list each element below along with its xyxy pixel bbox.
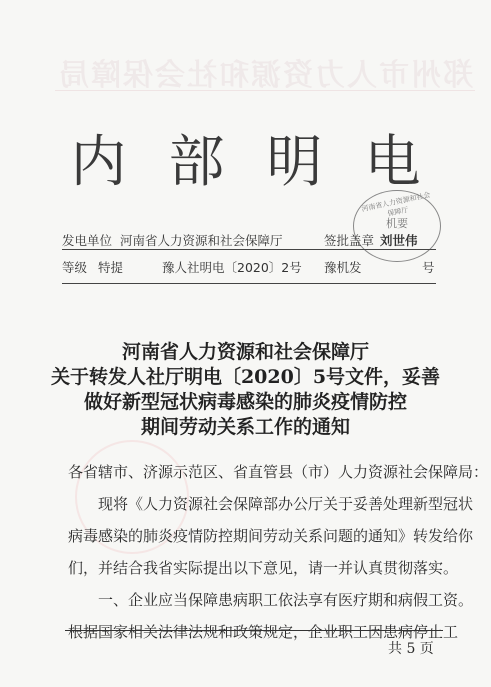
dispatch-label: 豫机发 [324,258,362,276]
title-line: 期间劳动关系工作的通知 [0,415,491,440]
divider [62,283,436,284]
level-value: 特提 [98,258,123,276]
title-line: 做好新型冠状病毒感染的肺炎疫情防控 [0,390,491,415]
sender-label: 发电单位 [62,231,112,249]
signer-value: 刘世伟 [380,231,418,249]
bleed-through-header: 郑州市人力资源和社会保障局 [55,50,475,91]
document-header-title: 内部明电 [0,118,491,198]
dispatch-suffix: 号 [422,258,435,276]
footer-divider [65,630,443,631]
title-line: 关于转发人社厅明电〔2020〕5号文件，妥善 [0,365,491,390]
body-line: 病毒感染的肺炎疫情防控期间劳动关系问题的通知》转发给你 [68,520,440,552]
body-line: 根据国家相关法律法规和政策规定，企业职工因患病停止工 [68,616,440,648]
body-line: 们，并结合我省实际提出以下意见，请一并认真贯彻落实。 [68,552,440,584]
addressee-line: 各省辖市、济源示范区、省直管县（市）人力资源社会保障局： [68,456,440,488]
body-line: 一、企业应当保障患病职工依法享有医疗期和病假工资。 [68,584,440,616]
seal-center-text: 机要 [354,215,440,231]
official-seal: 河南省人力资源和社会保障厅 机要 [353,190,441,262]
divider [62,249,436,250]
document-title: 河南省人力资源和社会保障厅 关于转发人社厅明电〔2020〕5号文件，妥善 做好新… [0,340,491,440]
body-line: 现将《人力资源社会保障部办公厅关于妥善处理新型冠状 [68,488,440,520]
title-line: 河南省人力资源和社会保障厅 [0,340,491,365]
page-count: 共 5 页 [388,638,434,658]
doc-number: 豫人社明电〔2020〕2号 [162,258,302,276]
document-body: 各省辖市、济源示范区、省直管县（市）人力资源社会保障局： 现将《人力资源社会保障… [68,456,440,648]
sender-value: 河南省人力资源和社会保障厅 [120,231,283,249]
signer-label: 签批盖章 [324,231,374,249]
level-label: 等级 [62,258,87,276]
